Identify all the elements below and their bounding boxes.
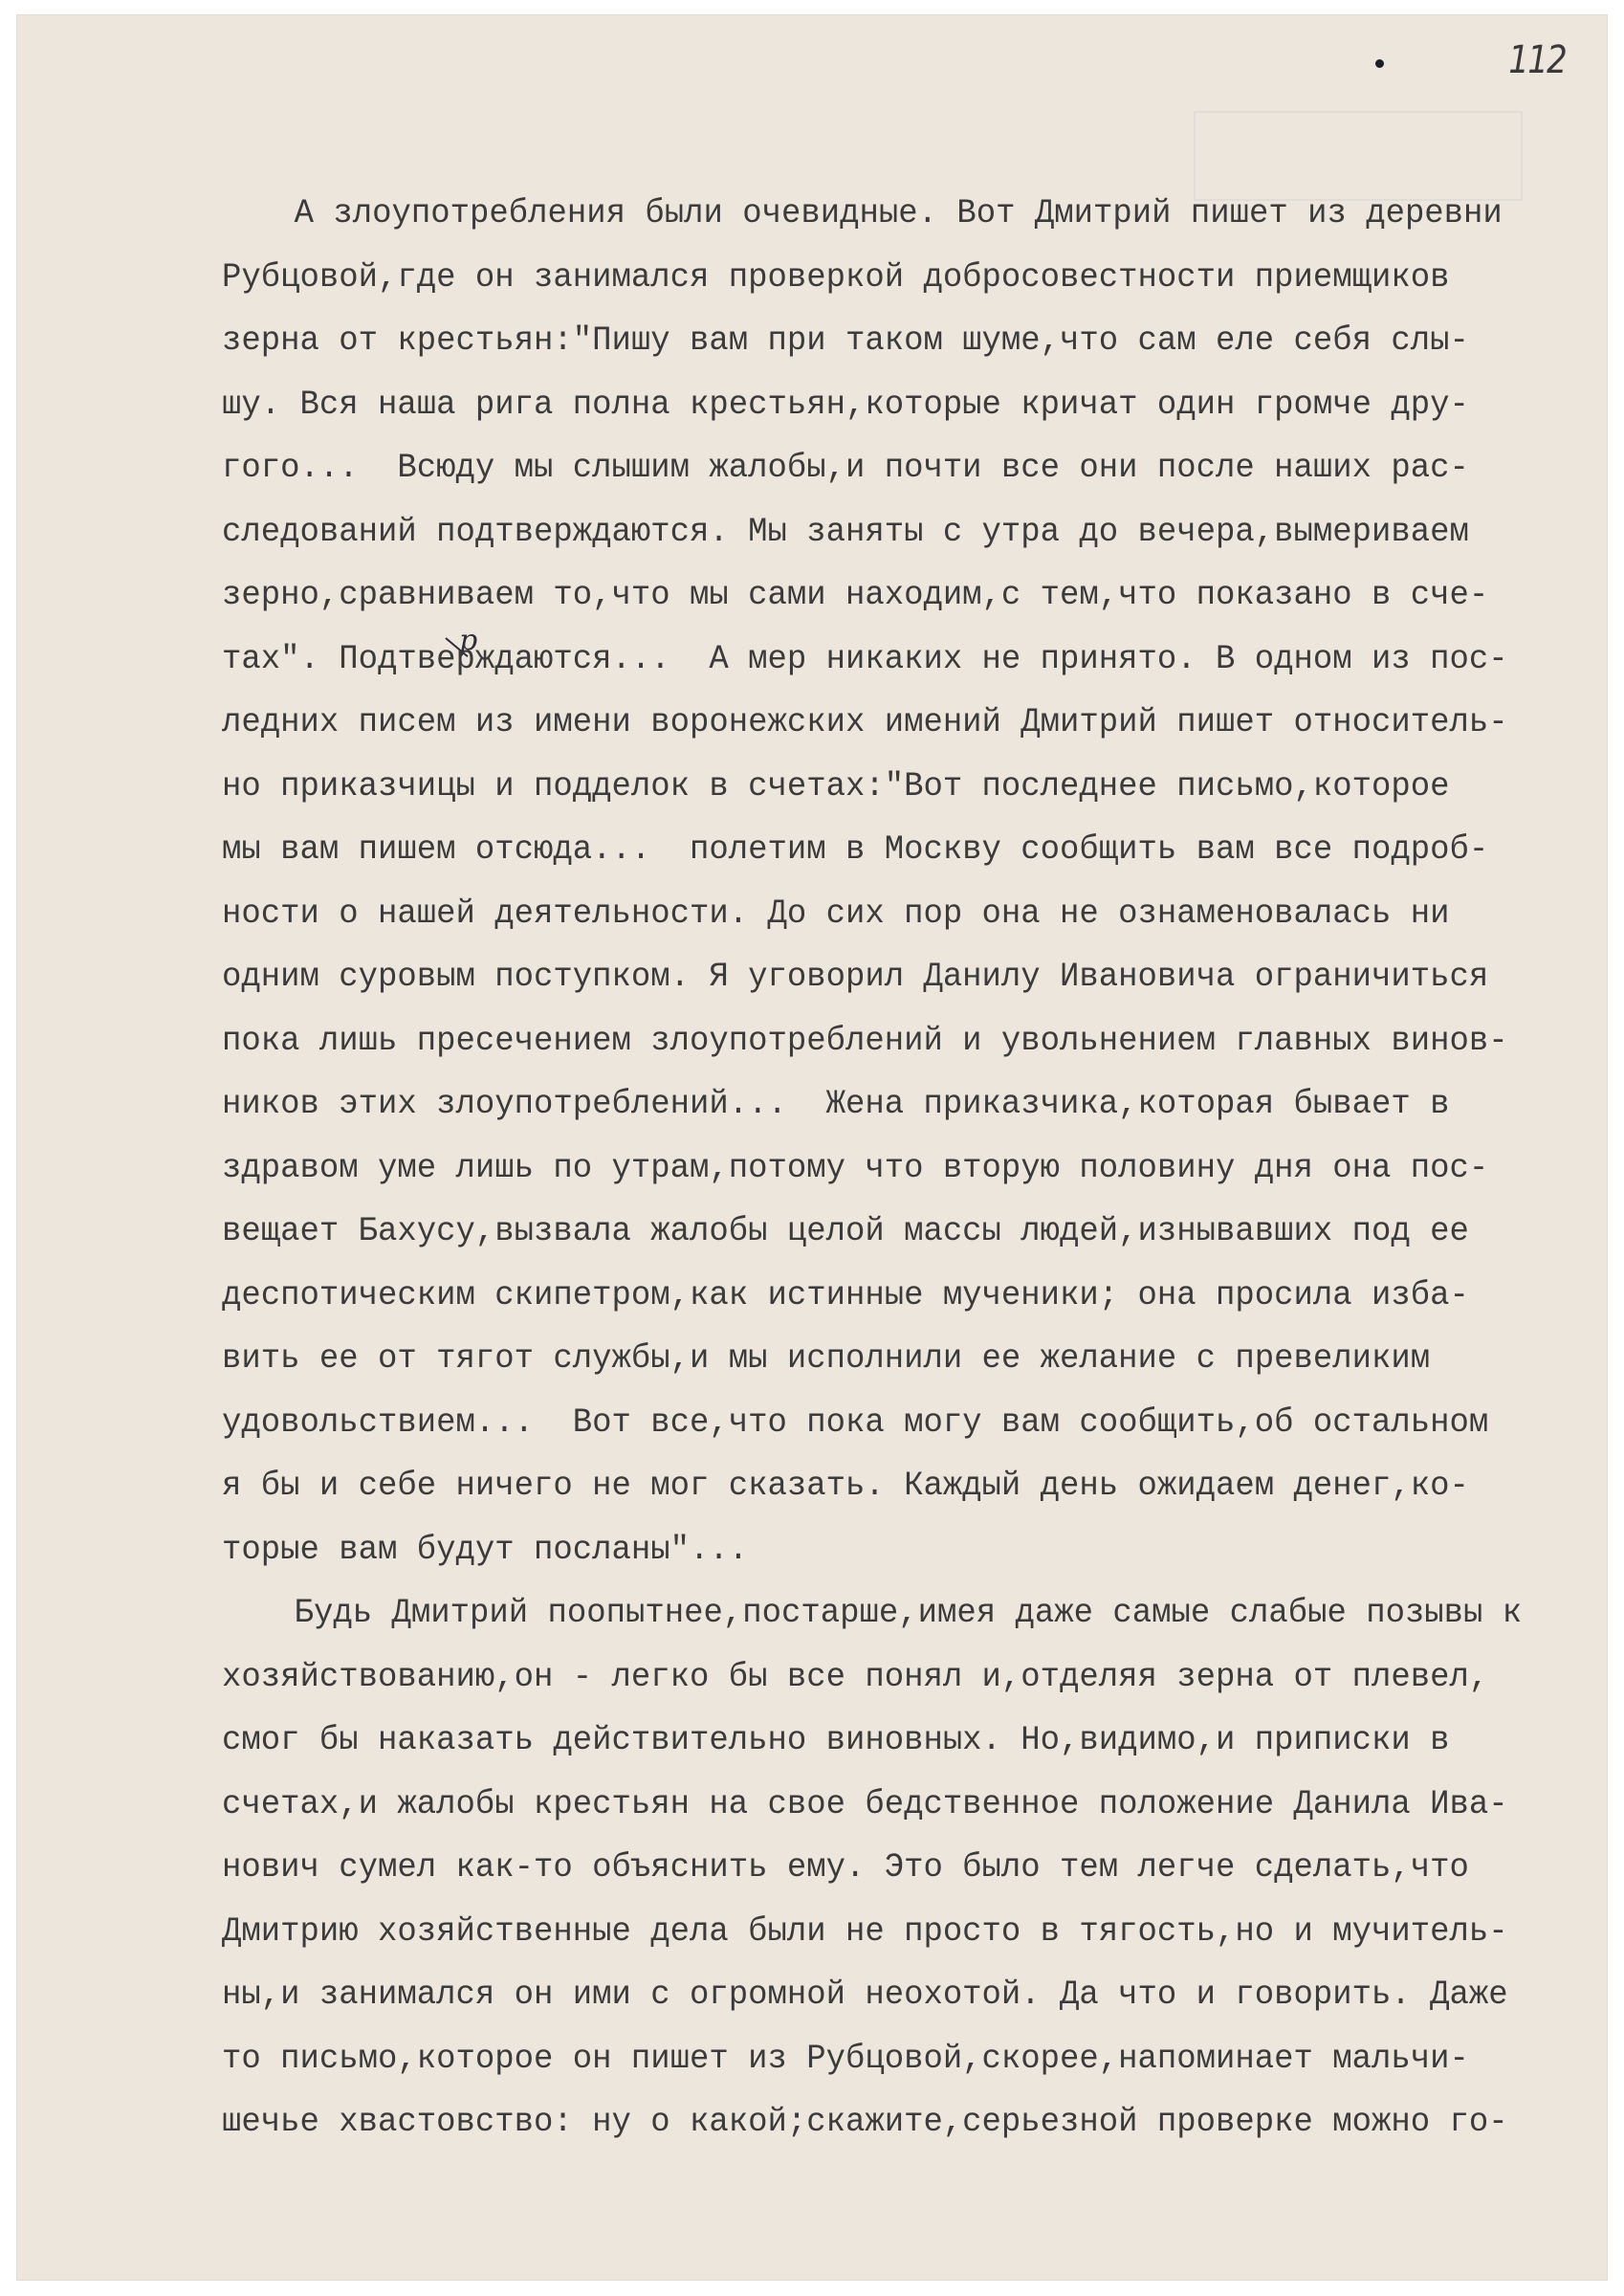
text-line: удовольствием... Вот все,что пока могу в… (222, 1391, 1539, 1455)
text-line: пока лишь пресечением злоупотреблений и … (222, 1009, 1539, 1073)
text-line: нович сумел как-то объяснить ему. Это бы… (222, 1836, 1539, 1900)
text-line: Будь Дмитрий поопытнее,постарше,имея даж… (222, 1581, 1539, 1645)
text-line: здравом уме лишь по утрам,потому что вто… (222, 1137, 1539, 1201)
text-line: ледних писем из имени воронежских имений… (222, 691, 1539, 755)
text-line: вещает Бахусу,вызвала жалобы целой массы… (222, 1200, 1539, 1264)
text-line: торые вам будут посланы"... (222, 1518, 1539, 1582)
text-line: хозяйствованию,он - легко бы все понял и… (222, 1645, 1539, 1710)
text-line: Дмитрию хозяйственные дела были не прост… (222, 1900, 1539, 1964)
ink-blot (1375, 59, 1384, 68)
text-line: шу. Вся наша рига полна крестьян,которые… (222, 373, 1539, 437)
text-line: одним суровым поступком. Я уговорил Дани… (222, 945, 1539, 1009)
document-body: А злоупотребления были очевидные. Вот Дм… (222, 182, 1539, 2154)
text-line: ников этих злоупотреблений... Жена прика… (222, 1072, 1539, 1137)
text-line: вить ее от тягот службы,и мы исполнили е… (222, 1327, 1539, 1391)
page-number: 112 (1508, 38, 1566, 82)
text-line: зерно,сравниваем то,что мы сами находим,… (222, 563, 1539, 628)
text-line: зерна от крестьян:"Пишу вам при таком шу… (222, 309, 1539, 373)
text-line: ности о нашей деятельности. До сих пор о… (222, 882, 1539, 946)
text-line: деспотическим скипетром,как истинные муч… (222, 1264, 1539, 1328)
text-line: смог бы наказать действительно виновных.… (222, 1709, 1539, 1773)
text-line: тах". Подтверждаются... А мер никаких не… (222, 628, 1539, 692)
text-line: но приказчицы и подделок в счетах:"Вот п… (222, 755, 1539, 819)
text-line: мы вам пишем отсюда... полетим в Москву … (222, 818, 1539, 882)
text-line: ны,и занимался он ими с огромной неохото… (222, 1963, 1539, 2027)
text-line: то письмо,которое он пишет из Рубцовой,с… (222, 2027, 1539, 2091)
text-line: следований подтверждаются. Мы заняты с у… (222, 500, 1539, 564)
text-line: шечье хвастовство: ну о какой;скажите,се… (222, 2090, 1539, 2154)
text-line: я бы и себе ничего не мог сказать. Кажды… (222, 1454, 1539, 1518)
text-line: гого... Всюду мы слышим жалобы,и почти в… (222, 436, 1539, 500)
text-line: Рубцовой,где он занимался проверкой добр… (222, 246, 1539, 310)
text-line: счетах,и жалобы крестьян на свое бедстве… (222, 1773, 1539, 1837)
text-line: А злоупотребления были очевидные. Вот Дм… (222, 182, 1539, 246)
